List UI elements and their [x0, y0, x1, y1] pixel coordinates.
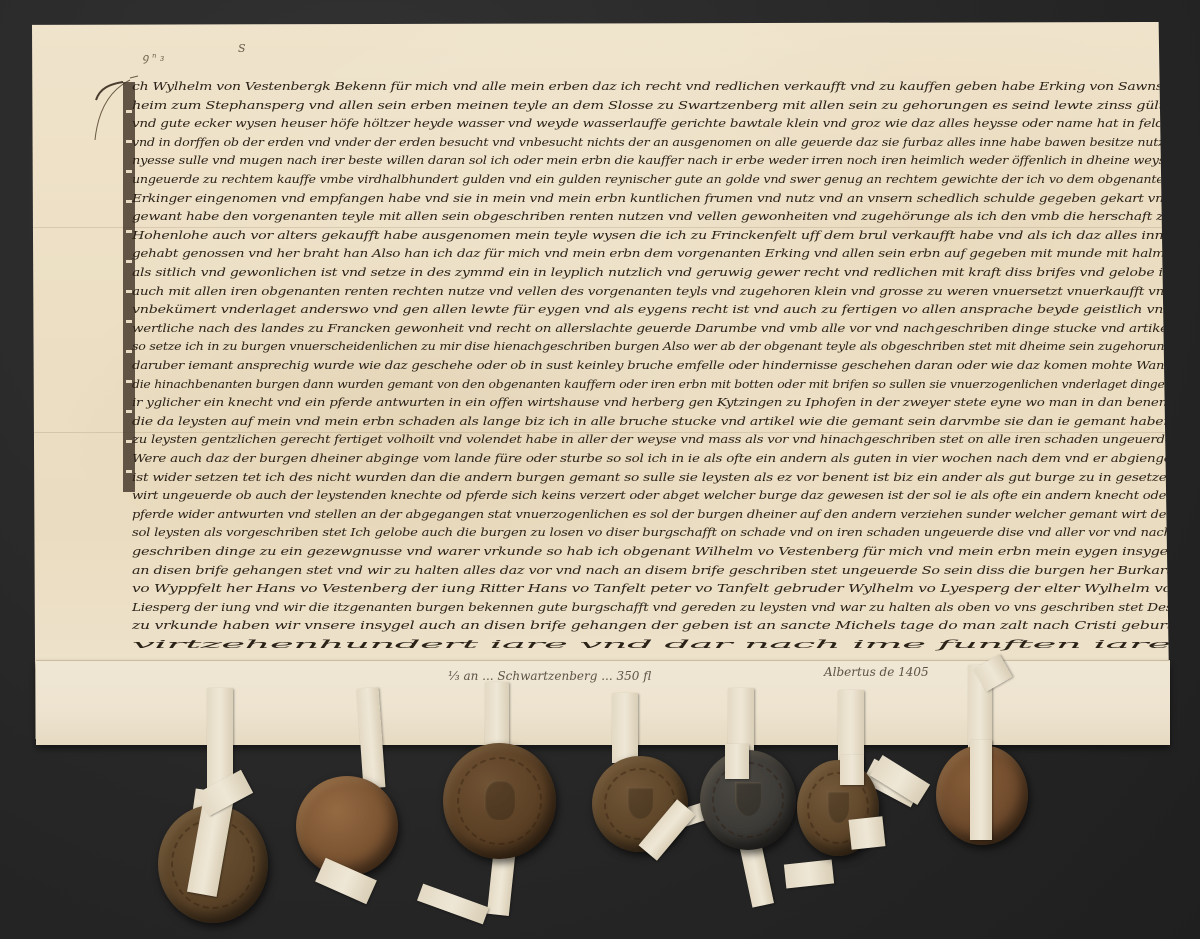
wax-seal-2 [296, 776, 398, 876]
seal-tag [840, 755, 864, 785]
text-line: pferde wider antwurten vnd stellen an de… [132, 508, 1172, 521]
text-line: vo Wyppfelt her Hans vo Vestenberg der i… [132, 582, 1172, 595]
seal-tag [485, 682, 509, 752]
text-line: daruber iemant ansprechig wurde wie daz … [132, 359, 1173, 372]
text-line: an disen brife gehangen stet vnd wir zu … [132, 564, 1172, 577]
text-line: Erkinger eingenomen vnd empfangen habe v… [132, 192, 1172, 205]
endorsement-note: ⅓ an ... Schwartzenberg ... 350 fl [448, 669, 651, 683]
text-line: vnd in dorffen ob der erden vnd vnder de… [132, 136, 1172, 149]
seal-tag [849, 816, 886, 849]
text-line: virtzehenhundert iare vnd dar nach ime f… [132, 638, 1171, 651]
text-line: vnbekümert vnderlaget anderswo vnd gen a… [132, 303, 1172, 316]
text-line: Hohenlohe auch vor alters gekaufft habe … [132, 229, 1172, 242]
text-line: Were auch daz der burgen dheiner abginge… [132, 452, 1172, 465]
text-line: heim zum Stephansperg vnd allen sein erb… [132, 99, 1172, 112]
text-line: die da leysten auf mein vnd mein erbn sc… [132, 415, 1172, 428]
seal-tag [487, 854, 515, 916]
seal-tag [417, 884, 489, 925]
charter-text: ch Wylhelm von Vestenbergk Bekenn für mi… [32, 22, 1170, 742]
seal-tag [740, 844, 774, 907]
seal-tag [970, 740, 992, 840]
text-line: die hinachbenanten burgen dann wurden ge… [132, 378, 1172, 391]
text-line: so setze ich in zu burgen vnuerscheidenl… [132, 340, 1172, 353]
text-line: zu vrkunde haben wir vnsere insygel auch… [132, 619, 1173, 632]
text-line: zu leysten gentzlichen gerecht fertiget … [132, 433, 1172, 446]
text-line: als sitlich vnd gewonlichen ist vnd setz… [132, 266, 1171, 279]
text-line: geschriben dinge zu ein gezewgnusse vnd … [132, 545, 1172, 558]
text-line: vnd gute ecker wysen heuser höfe höltzer… [132, 117, 1172, 130]
text-line: auch mit allen iren obgenanten renten re… [132, 285, 1173, 298]
wax-seal-3 [443, 743, 556, 859]
seal-tag [784, 860, 834, 889]
text-line: sol leysten als vorgeschriben stet Ich g… [132, 526, 1172, 539]
seal-tag [725, 744, 749, 779]
charter-parchment: ꝯ ⁿ ₃ S ch Wylhelm von Vestenbergk Beken… [32, 22, 1170, 742]
seal-tag [612, 693, 638, 763]
text-line: gehabt genossen vnd her braht han Also h… [132, 247, 1173, 260]
text-line: wirt ungeuerde ob auch der leystenden kn… [132, 489, 1172, 502]
text-line: ir yglicher ein knecht vnd ein pferde an… [132, 396, 1172, 409]
text-line: gewant habe den vorgenanten teyle mit al… [132, 210, 1172, 223]
text-line: wertliche nach des landes zu Francken ge… [132, 322, 1172, 335]
text-line: ungeuerde zu rechtem kauffe vmbe virdhal… [132, 173, 1171, 186]
text-line: nyesse sulle vnd mugen nach irer beste w… [132, 154, 1172, 167]
endorsement-date: Albertus de 1405 [824, 665, 929, 679]
text-line: ist wider setzen tet ich des nicht wurde… [132, 471, 1172, 484]
text-line: Liesperg der iung vnd wir die itzgenante… [132, 601, 1172, 614]
text-line: ch Wylhelm von Vestenbergk Bekenn für mi… [132, 80, 1171, 93]
